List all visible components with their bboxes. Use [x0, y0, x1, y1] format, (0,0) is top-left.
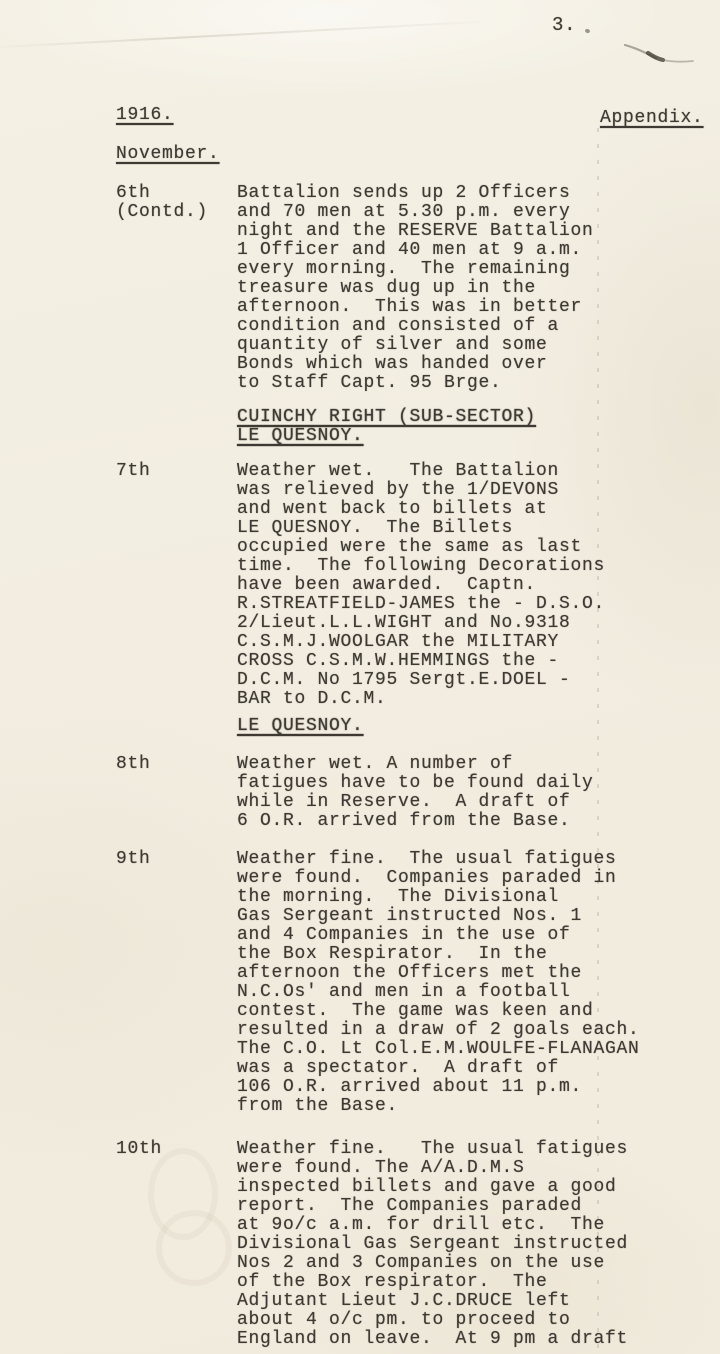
pencil-mark [622, 38, 696, 73]
paper-crease [0, 21, 480, 49]
entry-date-10th: 10th [116, 1140, 162, 1159]
entry-date-9th: 9th [116, 850, 151, 869]
entry-date-8th: 8th [116, 755, 151, 774]
entry-body-8th: Weather wet. A number of fatigues have t… [237, 755, 594, 831]
pencil-mark-icon [622, 38, 696, 68]
section-heading-cuinchy-right: CUINCHY RIGHT (SUB-SECTOR) LE QUESNOY. [237, 408, 536, 446]
entry-body-9th: Weather fine. The usual fatigues were fo… [237, 850, 640, 1116]
entry-body-7th: Weather wet. The Battalion was relieved … [237, 462, 605, 709]
year-heading: 1916. [116, 106, 174, 125]
ghost-stain [156, 1210, 232, 1286]
entry-body-6th: Battalion sends up 2 Officers and 70 men… [237, 184, 594, 393]
page-number: 3. [552, 16, 576, 35]
appendix-heading: Appendix. [600, 109, 704, 128]
month-heading: November. [116, 145, 220, 164]
entry-body-10th: Weather fine. The usual fatigues were fo… [237, 1140, 628, 1349]
entry-date-6th: 6th (Contd.) [116, 184, 208, 222]
war-diary-page: 3. 1916. Appendix. November. 6th (Contd.… [0, 0, 720, 1354]
ink-fleck [584, 28, 590, 33]
section-heading-le-quesnoy: LE QUESNOY. [237, 717, 364, 736]
entry-date-7th: 7th [116, 462, 151, 481]
